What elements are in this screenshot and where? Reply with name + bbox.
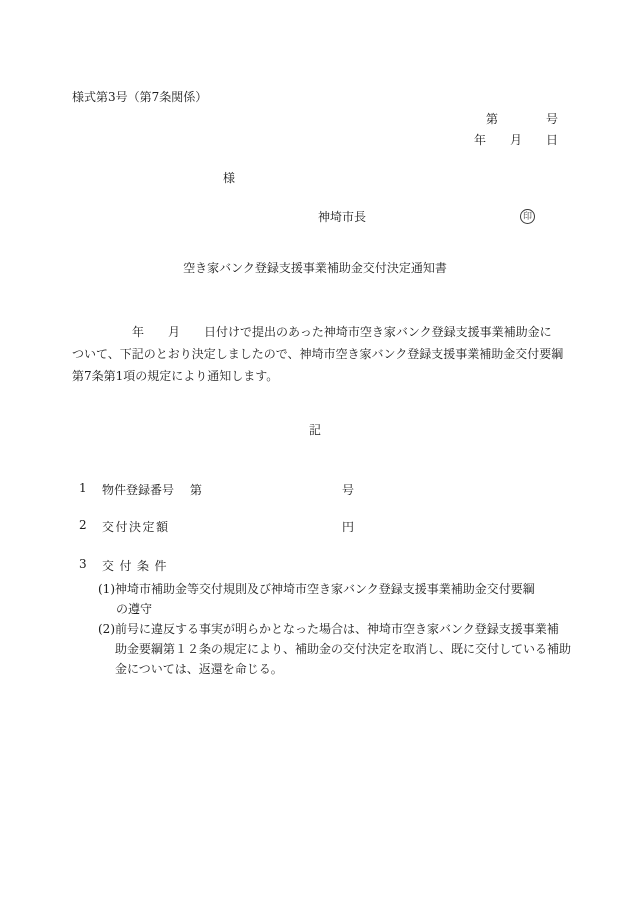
- condition-2-line-1: (2)前号に違反する事実が明らかとなった場合は、神埼市空き家バンク登録支援事業補: [0, 620, 630, 636]
- item2-number: 2: [79, 518, 87, 532]
- condition-1-text: (1)神埼市補助金等交付規則及び神埼市空き家バンク登録支援事業補助金交付要綱: [98, 580, 535, 597]
- item-row-grant-amount: 2 交付決定額 円: [0, 518, 630, 534]
- item-row-grant-conditions: 3 交付条件: [0, 557, 630, 573]
- item1-field-suffix: 号: [342, 481, 354, 498]
- document-number-line: 第 号: [486, 112, 558, 127]
- document-page: 様式第3号（第7条関係） 第 号 年 月 日 様 神埼市長 印 空き家バンク登録…: [0, 0, 630, 903]
- addressee-suffix: 様: [223, 171, 235, 186]
- condition-1-line-2: の遵守: [0, 600, 630, 616]
- seal-mark: 印: [520, 209, 535, 224]
- condition-1-line-1: (1)神埼市補助金等交付規則及び神埼市空き家バンク登録支援事業補助金交付要綱: [0, 580, 630, 596]
- item-row-property-number: 1 物件登録番号 第 号: [0, 481, 630, 497]
- condition-2-continuation: 金については、返還を命じる。: [115, 660, 283, 677]
- body-paragraph-line: 年 月 日付けで提出のあった神埼市空き家バンク登録支援事業補助金に: [72, 325, 552, 340]
- condition-2-text: (2)前号に違反する事実が明らかとなった場合は、神埼市空き家バンク登録支援事業補: [98, 620, 559, 637]
- document-title: 空き家バンク登録支援事業補助金交付決定通知書: [0, 261, 630, 276]
- condition-1-continuation: の遵守: [116, 600, 152, 617]
- item1-number: 1: [79, 481, 87, 495]
- item2-label: 交付決定額: [102, 518, 170, 535]
- condition-2-continuation: 助金要綱第１２条の規定により、補助金の交付決定を取消し、既に交付している補助: [115, 640, 571, 657]
- condition-2-line-2: 助金要綱第１２条の規定により、補助金の交付決定を取消し、既に交付している補助: [0, 640, 630, 656]
- condition-2-line-3: 金については、返還を命じる。: [0, 660, 630, 676]
- item3-number: 3: [79, 557, 87, 571]
- form-number-label: 様式第3号（第7条関係）: [72, 90, 207, 105]
- item3-label: 交付条件: [102, 557, 172, 574]
- item2-field-suffix: 円: [342, 518, 354, 535]
- ki-marker: 記: [0, 423, 630, 438]
- date-line: 年 月 日: [474, 133, 558, 148]
- item1-label: 物件登録番号: [102, 481, 174, 498]
- body-paragraph-line: 第7条第1項の規定により通知します。: [72, 369, 278, 384]
- sender-name: 神埼市長: [318, 210, 366, 225]
- body-paragraph-line: ついて、下記のとおり決定しましたので、神埼市空き家バンク登録支援事業補助金交付要…: [72, 347, 563, 362]
- item1-field-prefix: 第: [190, 481, 202, 498]
